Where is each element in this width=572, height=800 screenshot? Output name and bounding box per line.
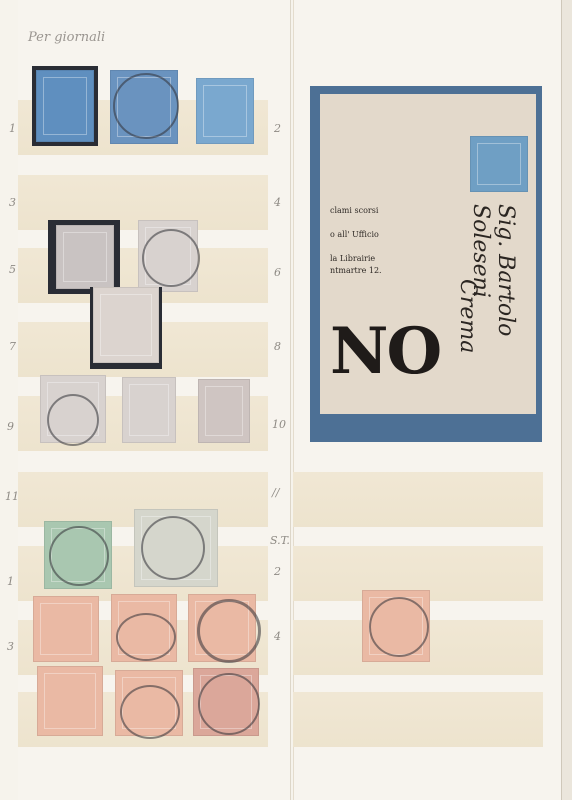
row-label: 1: [9, 122, 16, 135]
row-label: 7: [9, 340, 16, 353]
row-label: 4: [274, 196, 281, 209]
row-label: 10: [272, 418, 286, 431]
printed-line: clami scorsi: [330, 206, 378, 215]
stamp-red-2-kreuzer: [33, 596, 99, 662]
stamp-blue-mercury: [196, 78, 254, 144]
cover-paper: clami scorsi o all' Ufficio la Librairie…: [320, 94, 536, 414]
row-label: 3: [7, 640, 14, 653]
headline-fragment: NO: [330, 314, 440, 389]
printed-line: o all' Ufficio: [330, 230, 379, 239]
stamp-green-2-kreuzer: [134, 509, 218, 587]
mount-strip: [293, 472, 543, 527]
row-label: 1: [7, 575, 14, 588]
stamp-red-2-kreuzer: [115, 670, 183, 736]
stamp-red-2-kreuzer-single: [362, 590, 430, 662]
row-label: 9: [7, 420, 14, 433]
page-edge: [561, 0, 572, 800]
stamp-red-2-kreuzer: [188, 594, 256, 662]
stamp-grey-mercury: [138, 220, 198, 292]
handwritten-city: Crema: [455, 279, 480, 353]
row-label: 8: [274, 340, 281, 353]
stamp-green-2-kreuzer: [44, 521, 112, 589]
row-label: 4: [274, 630, 281, 643]
row-label: 11: [5, 490, 19, 503]
stamp-grey-eagle: [122, 377, 176, 443]
row-label: //: [272, 486, 279, 499]
heading: Per giornali: [28, 30, 105, 45]
stamp-blue-mercury: [110, 70, 178, 144]
stamp-red-2-kreuzer: [193, 668, 259, 736]
stamp-grey-eagle: [40, 375, 106, 443]
row-label: 3: [9, 196, 16, 209]
stamp-red-2-kreuzer: [111, 594, 177, 662]
album-page: Per giornali 1 3 5 7 9 11 1 3 2 4 6 8 10…: [0, 0, 572, 800]
row-label: 5: [9, 263, 16, 276]
stamp-blue-mercury: [36, 70, 94, 142]
row-label: S.T.: [270, 534, 290, 547]
stamp-red-2-kreuzer: [37, 666, 103, 736]
row-label: 6: [274, 266, 281, 279]
printed-line: ntmartre 12.: [330, 266, 382, 275]
stamp-grey-eagle: [198, 379, 250, 443]
stamp-grey-eagle: [93, 287, 159, 363]
printed-line: la Librairie: [330, 254, 375, 263]
mount-strip: [293, 692, 543, 747]
row-label: 2: [274, 565, 281, 578]
newspaper-cover-piece: clami scorsi o all' Ufficio la Librairie…: [310, 86, 542, 442]
cover-stamp: [470, 136, 528, 192]
stamp-grey-mercury: [56, 225, 114, 289]
row-label: 2: [274, 122, 281, 135]
